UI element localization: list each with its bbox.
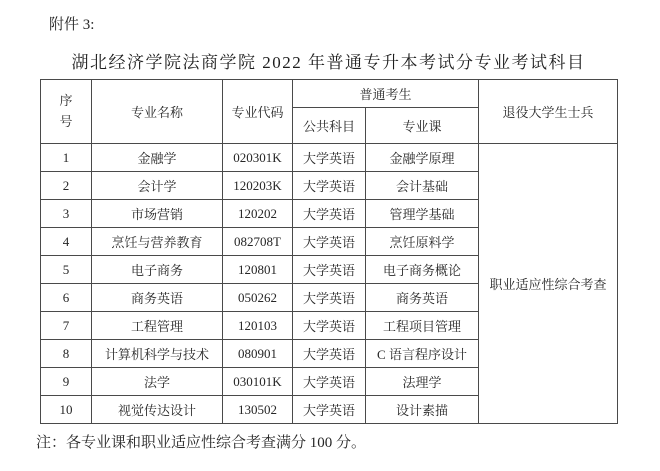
cell-major-code: 050262 [223, 284, 293, 312]
header-seq: 序号 [41, 80, 92, 144]
cell-major-name: 金融学 [92, 144, 223, 172]
header-veteran: 退役大学生士兵 [479, 80, 618, 144]
cell-major-name: 工程管理 [92, 312, 223, 340]
cell-major-course: C 语言程序设计 [366, 340, 479, 368]
cell-public-subject: 大学英语 [293, 368, 366, 396]
cell-seq: 1 [41, 144, 92, 172]
cell-major-code: 120202 [223, 200, 293, 228]
header-major-code: 专业代码 [223, 80, 293, 144]
cell-seq: 4 [41, 228, 92, 256]
cell-major-name: 视觉传达设计 [92, 396, 223, 424]
header-major-course: 专业课 [366, 108, 479, 144]
cell-major-code: 120103 [223, 312, 293, 340]
cell-public-subject: 大学英语 [293, 200, 366, 228]
cell-veteran-exam-merged: 职业适应性综合考查 [479, 144, 618, 424]
cell-major-course: 会计基础 [366, 172, 479, 200]
cell-major-name: 市场营销 [92, 200, 223, 228]
cell-major-code: 130502 [223, 396, 293, 424]
cell-public-subject: 大学英语 [293, 256, 366, 284]
cell-major-course: 烹饪原料学 [366, 228, 479, 256]
cell-public-subject: 大学英语 [293, 340, 366, 368]
exam-subjects-table: 序号 专业名称 专业代码 普通考生 退役大学生士兵 公共科目 专业课 1 金融学… [40, 79, 618, 424]
cell-public-subject: 大学英语 [293, 312, 366, 340]
cell-major-code: 120203K [223, 172, 293, 200]
cell-seq: 8 [41, 340, 92, 368]
cell-seq: 9 [41, 368, 92, 396]
cell-seq: 5 [41, 256, 92, 284]
cell-seq: 10 [41, 396, 92, 424]
cell-seq: 7 [41, 312, 92, 340]
header-public-subject: 公共科目 [293, 108, 366, 144]
cell-seq: 2 [41, 172, 92, 200]
cell-major-course: 法理学 [366, 368, 479, 396]
cell-major-course: 工程项目管理 [366, 312, 479, 340]
cell-major-name: 会计学 [92, 172, 223, 200]
cell-major-course: 电子商务概论 [366, 256, 479, 284]
table-row: 1 金融学 020301K 大学英语 金融学原理 职业适应性综合考查 [41, 144, 618, 172]
cell-major-name: 法学 [92, 368, 223, 396]
cell-major-name: 计算机科学与技术 [92, 340, 223, 368]
cell-major-code: 080901 [223, 340, 293, 368]
attachment-label: 附件 3: [49, 13, 94, 34]
cell-major-code: 120801 [223, 256, 293, 284]
cell-public-subject: 大学英语 [293, 228, 366, 256]
cell-major-course: 设计素描 [366, 396, 479, 424]
cell-seq: 6 [41, 284, 92, 312]
header-regular-candidates: 普通考生 [293, 80, 479, 108]
cell-public-subject: 大学英语 [293, 396, 366, 424]
cell-major-course: 管理学基础 [366, 200, 479, 228]
cell-major-course: 金融学原理 [366, 144, 479, 172]
cell-major-name: 烹饪与营养教育 [92, 228, 223, 256]
cell-major-course: 商务英语 [366, 284, 479, 312]
cell-major-code: 020301K [223, 144, 293, 172]
cell-major-code: 030101K [223, 368, 293, 396]
footnote: 注：各专业课和职业适应性综合考查满分 100 分。 [36, 431, 366, 452]
cell-major-name: 商务英语 [92, 284, 223, 312]
header-major-name: 专业名称 [92, 80, 223, 144]
cell-major-name: 电子商务 [92, 256, 223, 284]
page-title: 湖北经济学院法商学院 2022 年普通专升本考试分专业考试科目 [40, 48, 617, 73]
cell-public-subject: 大学英语 [293, 144, 366, 172]
header-seq-label: 序号 [59, 91, 73, 131]
cell-seq: 3 [41, 200, 92, 228]
cell-public-subject: 大学英语 [293, 284, 366, 312]
header-row-top: 序号 专业名称 专业代码 普通考生 退役大学生士兵 [41, 80, 618, 108]
cell-public-subject: 大学英语 [293, 172, 366, 200]
cell-major-code: 082708T [223, 228, 293, 256]
